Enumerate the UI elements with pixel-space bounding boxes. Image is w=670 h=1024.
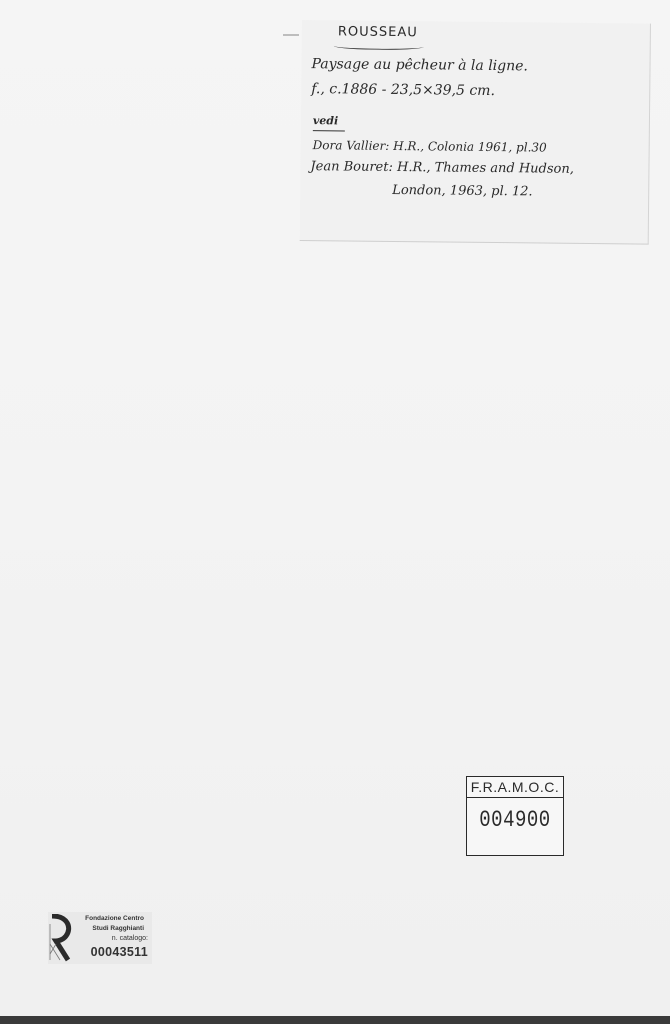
artist-name: ROUSSEAU xyxy=(338,24,418,40)
vedi-underline xyxy=(313,130,345,131)
org-name-line2: Studi Ragghianti xyxy=(85,924,144,934)
index-card: ROUSSEAU Paysage au pêcheur à la ligne. … xyxy=(300,20,651,245)
archive-text: Fondazione Centro Studi Ragghianti n. ca… xyxy=(85,914,148,960)
vedi-label: vedi xyxy=(313,114,338,127)
reference-2-cont: London, 1963, pl. 12. xyxy=(392,183,533,199)
catalog-number: 00043511 xyxy=(85,944,148,960)
stamp-header: F.R.A.M.O.C. xyxy=(467,777,563,798)
artwork-details: f., c.1886 - 23,5×39,5 cm. xyxy=(311,81,495,99)
artist-underline xyxy=(334,42,424,50)
document-page: ROUSSEAU Paysage au pêcheur à la ligne. … xyxy=(0,0,670,1016)
stamp-number: 004900 xyxy=(467,807,563,833)
scan-mark xyxy=(283,34,299,36)
artwork-title: Paysage au pêcheur à la ligne. xyxy=(311,56,528,74)
reference-1: Dora Vallier: H.R., Colonia 1961, pl.30 xyxy=(313,138,547,154)
scan-bottom-edge xyxy=(0,1016,670,1024)
ragghianti-r-logo-icon xyxy=(48,914,74,962)
org-name-line1: Fondazione Centro xyxy=(85,914,144,924)
archive-label: Fondazione Centro Studi Ragghianti n. ca… xyxy=(48,912,152,964)
catalog-label: n. catalogo: xyxy=(85,934,148,944)
reference-2: Jean Bouret: H.R., Thames and Hudson, xyxy=(310,159,574,177)
framoc-stamp: F.R.A.M.O.C. 004900 xyxy=(466,776,564,856)
